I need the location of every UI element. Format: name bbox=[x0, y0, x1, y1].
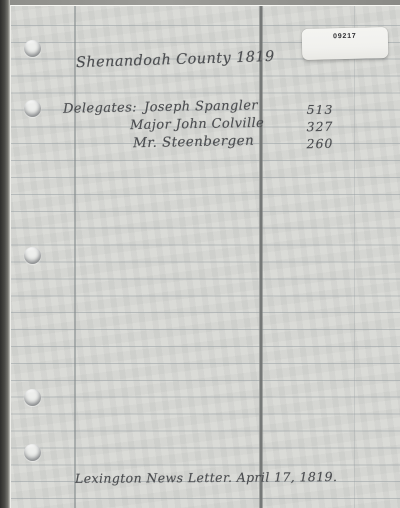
vote-count: 513 bbox=[299, 102, 341, 117]
binder-hole bbox=[24, 444, 41, 461]
vote-count: 260 bbox=[299, 136, 341, 152]
vertical-crease-line bbox=[259, 6, 263, 508]
right-faint-line bbox=[354, 6, 355, 508]
ruled-lines bbox=[11, 9, 400, 508]
vote-count: 327 bbox=[299, 119, 341, 135]
delegate-name: Major John Colville bbox=[130, 116, 264, 133]
scanner-edge-shadow bbox=[0, 0, 10, 508]
delegate-name: Mr. Steenbergen bbox=[133, 133, 254, 152]
catalog-number: 09217 bbox=[302, 32, 388, 41]
binder-hole bbox=[24, 100, 41, 117]
binder-hole bbox=[24, 247, 41, 264]
notebook-page: 09217 Shenandoah County 1819 Delegates:J… bbox=[10, 5, 400, 508]
left-margin-line bbox=[74, 6, 76, 508]
source-citation: Lexington News Letter. April 17, 1819. bbox=[75, 469, 337, 486]
binder-hole bbox=[24, 389, 41, 406]
binder-hole bbox=[24, 40, 41, 57]
catalog-label-sticker: 09217 bbox=[302, 27, 389, 60]
delegate-name: Joseph Spangler bbox=[144, 98, 258, 115]
delegates-heading: Delegates: bbox=[63, 100, 137, 116]
